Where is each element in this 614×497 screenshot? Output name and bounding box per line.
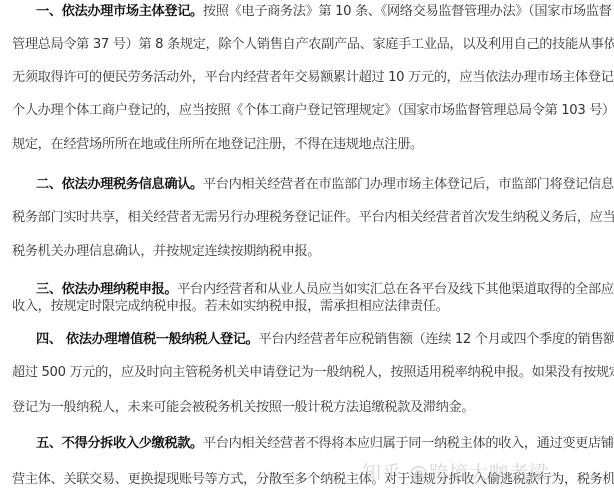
section-4-line-2: 超过 500 万元的，应及时向主管税务机关申请登记为一般纳税人，按照适用税率纳税… xyxy=(12,365,608,381)
document-page: 一、依法办理市场主体登记。按照《电子商务法》第 10 条、《网络交易监督管理办法… xyxy=(0,0,614,497)
section-1-line-4: 个人办理个体工商户登记的，应当按照《个体工商户登记管理规定》（国家市场监督管理总… xyxy=(12,103,608,119)
section-3-text: 平台内经营者和从业人员应当如实汇总在各平台及线下其他渠道取得的全部应税 xyxy=(177,282,614,297)
section-1-heading: 一、依法办理市场主体登记。 xyxy=(36,4,203,19)
section-2-heading: 二、依法办理税务信息确认。 xyxy=(36,177,203,192)
section-4-heading: 四、 依法办理增值税一般纳税人登记。 xyxy=(36,332,258,347)
section-3-line-2: 收入，按规定时限完成纳税申报。若未如实纳税申报，需承担相应法律责任。 xyxy=(12,299,608,315)
section-2-text: 平台内相关经营者在市监部门办理市场主体登记后，市监部门将登记信息与 xyxy=(203,177,614,192)
section-5-line-1: 五、不得分拆收入少缴税款。平台内相关经营者不得将本应归属于同一纳税主体的收入，通… xyxy=(36,436,608,452)
section-5-line-2: 营主体、关联交易、更换提现账号等方式，分散至多个纳税主体。对于违规分拆收入偷逃税… xyxy=(12,472,608,488)
section-3-line-1: 三、依法办理纳税申报。平台内经营者和从业人员应当如实汇总在各平台及线下其他渠道取… xyxy=(36,282,608,298)
section-1-line-2: 管理总局令第 37 号）第 8 条规定，除个人销售自产农副产品、家庭手工业品，以… xyxy=(12,37,608,53)
section-2-line-1: 二、依法办理税务信息确认。平台内相关经营者在市监部门办理市场主体登记后，市监部门… xyxy=(36,177,608,193)
section-2-line-2: 税务部门实时共享，相关经营者无需另行办理税务登记证件。平台内相关经营者首次发生纳… xyxy=(12,210,608,226)
section-2-line-3: 税务机关办理信息确认，并按规定连续按期纳税申报。 xyxy=(12,244,608,260)
section-1-line-3: 无须取得许可的便民劳务活动外，平台内经营者年交易额累计超过 10 万元的，应当依… xyxy=(12,70,608,86)
section-1-line-1: 一、依法办理市场主体登记。按照《电子商务法》第 10 条、《网络交易监督管理办法… xyxy=(36,4,608,20)
section-4-line-3: 登记为一般纳税人，未来可能会被税务机关按照一般计税方法追缴税款及滞纳金。 xyxy=(12,400,608,416)
section-5-text: 平台内相关经营者不得将本应归属于同一纳税主体的收入，通过变更店铺经 xyxy=(203,436,614,451)
section-1-text: 按照《电子商务法》第 10 条、《网络交易监督管理办法》（国家市场监督 xyxy=(203,4,612,19)
section-4-line-1: 四、 依法办理增值税一般纳税人登记。平台内经营者年应税销售额（连续 12 个月或… xyxy=(36,332,608,348)
section-4-text: 平台内经营者年应税销售额（连续 12 个月或四个季度的销售额） xyxy=(258,332,614,347)
section-1-line-5: 规定，在经营场所所在地或住所所在地登记注册，不得在违规地点注册。 xyxy=(12,137,608,153)
section-5-heading: 五、不得分拆收入少缴税款。 xyxy=(36,436,203,451)
section-3-heading: 三、依法办理纳税申报。 xyxy=(36,282,177,297)
